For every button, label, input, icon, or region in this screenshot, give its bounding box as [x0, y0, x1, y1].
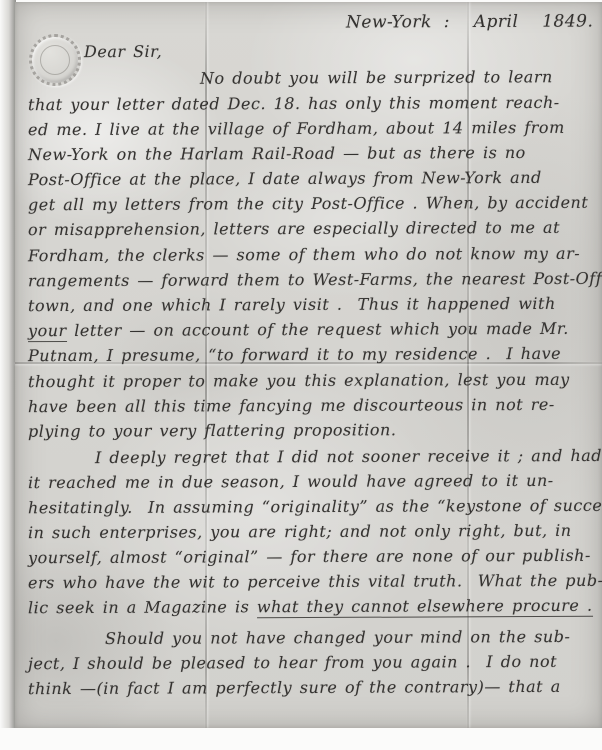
letter-line: rangements — forward them to West-Farms,…: [28, 269, 602, 291]
letter-line: plying to your very flattering propositi…: [28, 420, 396, 441]
letter-line: yourself, almost “original” — for there …: [28, 546, 591, 567]
handwritten-text: lic seek in a Magazine is: [28, 597, 257, 617]
letter-line: ject, I should be pleased to hear from y…: [28, 652, 557, 673]
handwritten-text: thought it proper to make you this expla…: [28, 370, 570, 391]
letter-line: in such enterprises, you are right; and …: [28, 521, 572, 542]
handwritten-text: or misapprehension, letters are especial…: [28, 218, 560, 239]
handwritten-text: Putnam, I presume, “to forward it to my …: [28, 344, 561, 365]
letter-line: think —(in fact I am perfectly sure of t…: [28, 677, 561, 698]
letter-line: Post-Office at the place, I date always …: [28, 168, 542, 189]
handwritten-text: rangements — forward them to West-Farms,…: [28, 269, 602, 291]
letter-line: your letter — on account of the request …: [28, 319, 569, 340]
handwritten-text: No doubt you will be surprized to learn: [200, 67, 553, 88]
underlined-text: what they cannot elsewhere procure .: [257, 596, 593, 618]
handwritten-text: I deeply regret that I did not sooner re…: [95, 446, 602, 467]
handwritten-text: have been all this time fancying me disc…: [28, 395, 555, 416]
letter-line: Should you not have changed your mind on…: [105, 627, 570, 648]
handwritten-text: Post-Office at the place, I date always …: [28, 168, 542, 189]
handwritten-text: yourself, almost “original” — for there …: [28, 546, 591, 567]
letter-line: get all my letters from the city Post-Of…: [28, 193, 588, 214]
letter-line: it reached me in due season, I would hav…: [28, 471, 554, 492]
handwritten-text: letter — on account of the request which…: [67, 319, 569, 340]
letter-line: New-York : April 1849.: [346, 11, 593, 32]
letter-line: hesitatingly. In assuming “originality” …: [28, 496, 602, 518]
handwritten-text: town, and one which I rarely visit . Thu…: [28, 294, 556, 315]
handwritten-text: get all my letters from the city Post-Of…: [28, 193, 588, 214]
handwritten-text: in such enterprises, you are right; and …: [28, 521, 572, 542]
letter-line: ers who have the wit to perceive this vi…: [28, 571, 602, 593]
handwritten-text: New-York on the Harlam Rail-Road — but a…: [28, 143, 526, 164]
handwritten-text: that your letter dated Dec. 18. has only…: [28, 93, 560, 114]
underlined-text: your: [28, 321, 67, 342]
handwritten-text: Fordham, the clerks — some of them who d…: [28, 244, 580, 265]
letter-line: town, and one which I rarely visit . Thu…: [28, 294, 556, 315]
letter-line: No doubt you will be surprized to learn: [200, 67, 553, 88]
letter-line: I deeply regret that I did not sooner re…: [95, 446, 602, 467]
letter-line: Dear Sir,: [84, 42, 162, 61]
handwritten-text: New-York : April 1849.: [346, 11, 593, 32]
letter-line: Putnam, I presume, “to forward it to my …: [28, 344, 561, 365]
letter-line: ed me. I live at the village of Fordham,…: [28, 118, 565, 139]
handwritten-text: ed me. I live at the village of Fordham,…: [28, 118, 565, 139]
letter-body: New-York : April 1849.Dear Sir,No doubt …: [0, 0, 602, 750]
scanned-letter-page: New-York : April 1849.Dear Sir,No doubt …: [0, 0, 602, 750]
handwritten-text: ers who have the wit to perceive this vi…: [28, 571, 602, 593]
letter-line: thought it proper to make you this expla…: [28, 370, 570, 391]
letter-line: that your letter dated Dec. 18. has only…: [28, 93, 560, 114]
letter-line: Fordham, the clerks — some of them who d…: [28, 244, 580, 265]
handwritten-text: hesitatingly. In assuming “originality” …: [28, 496, 602, 518]
handwritten-text: it reached me in due season, I would hav…: [28, 471, 554, 492]
handwritten-text: Should you not have changed your mind on…: [105, 627, 570, 648]
letter-line: have been all this time fancying me disc…: [28, 395, 555, 416]
handwritten-text: ject, I should be pleased to hear from y…: [28, 652, 557, 673]
letter-line: lic seek in a Magazine is what they cann…: [28, 596, 593, 617]
handwritten-text: think —(in fact I am perfectly sure of t…: [28, 677, 561, 698]
letter-line: New-York on the Harlam Rail-Road — but a…: [28, 143, 526, 164]
handwritten-text: plying to your very flattering propositi…: [28, 420, 396, 441]
handwritten-text: Dear Sir,: [84, 42, 162, 61]
letter-line: or misapprehension, letters are especial…: [28, 218, 560, 239]
